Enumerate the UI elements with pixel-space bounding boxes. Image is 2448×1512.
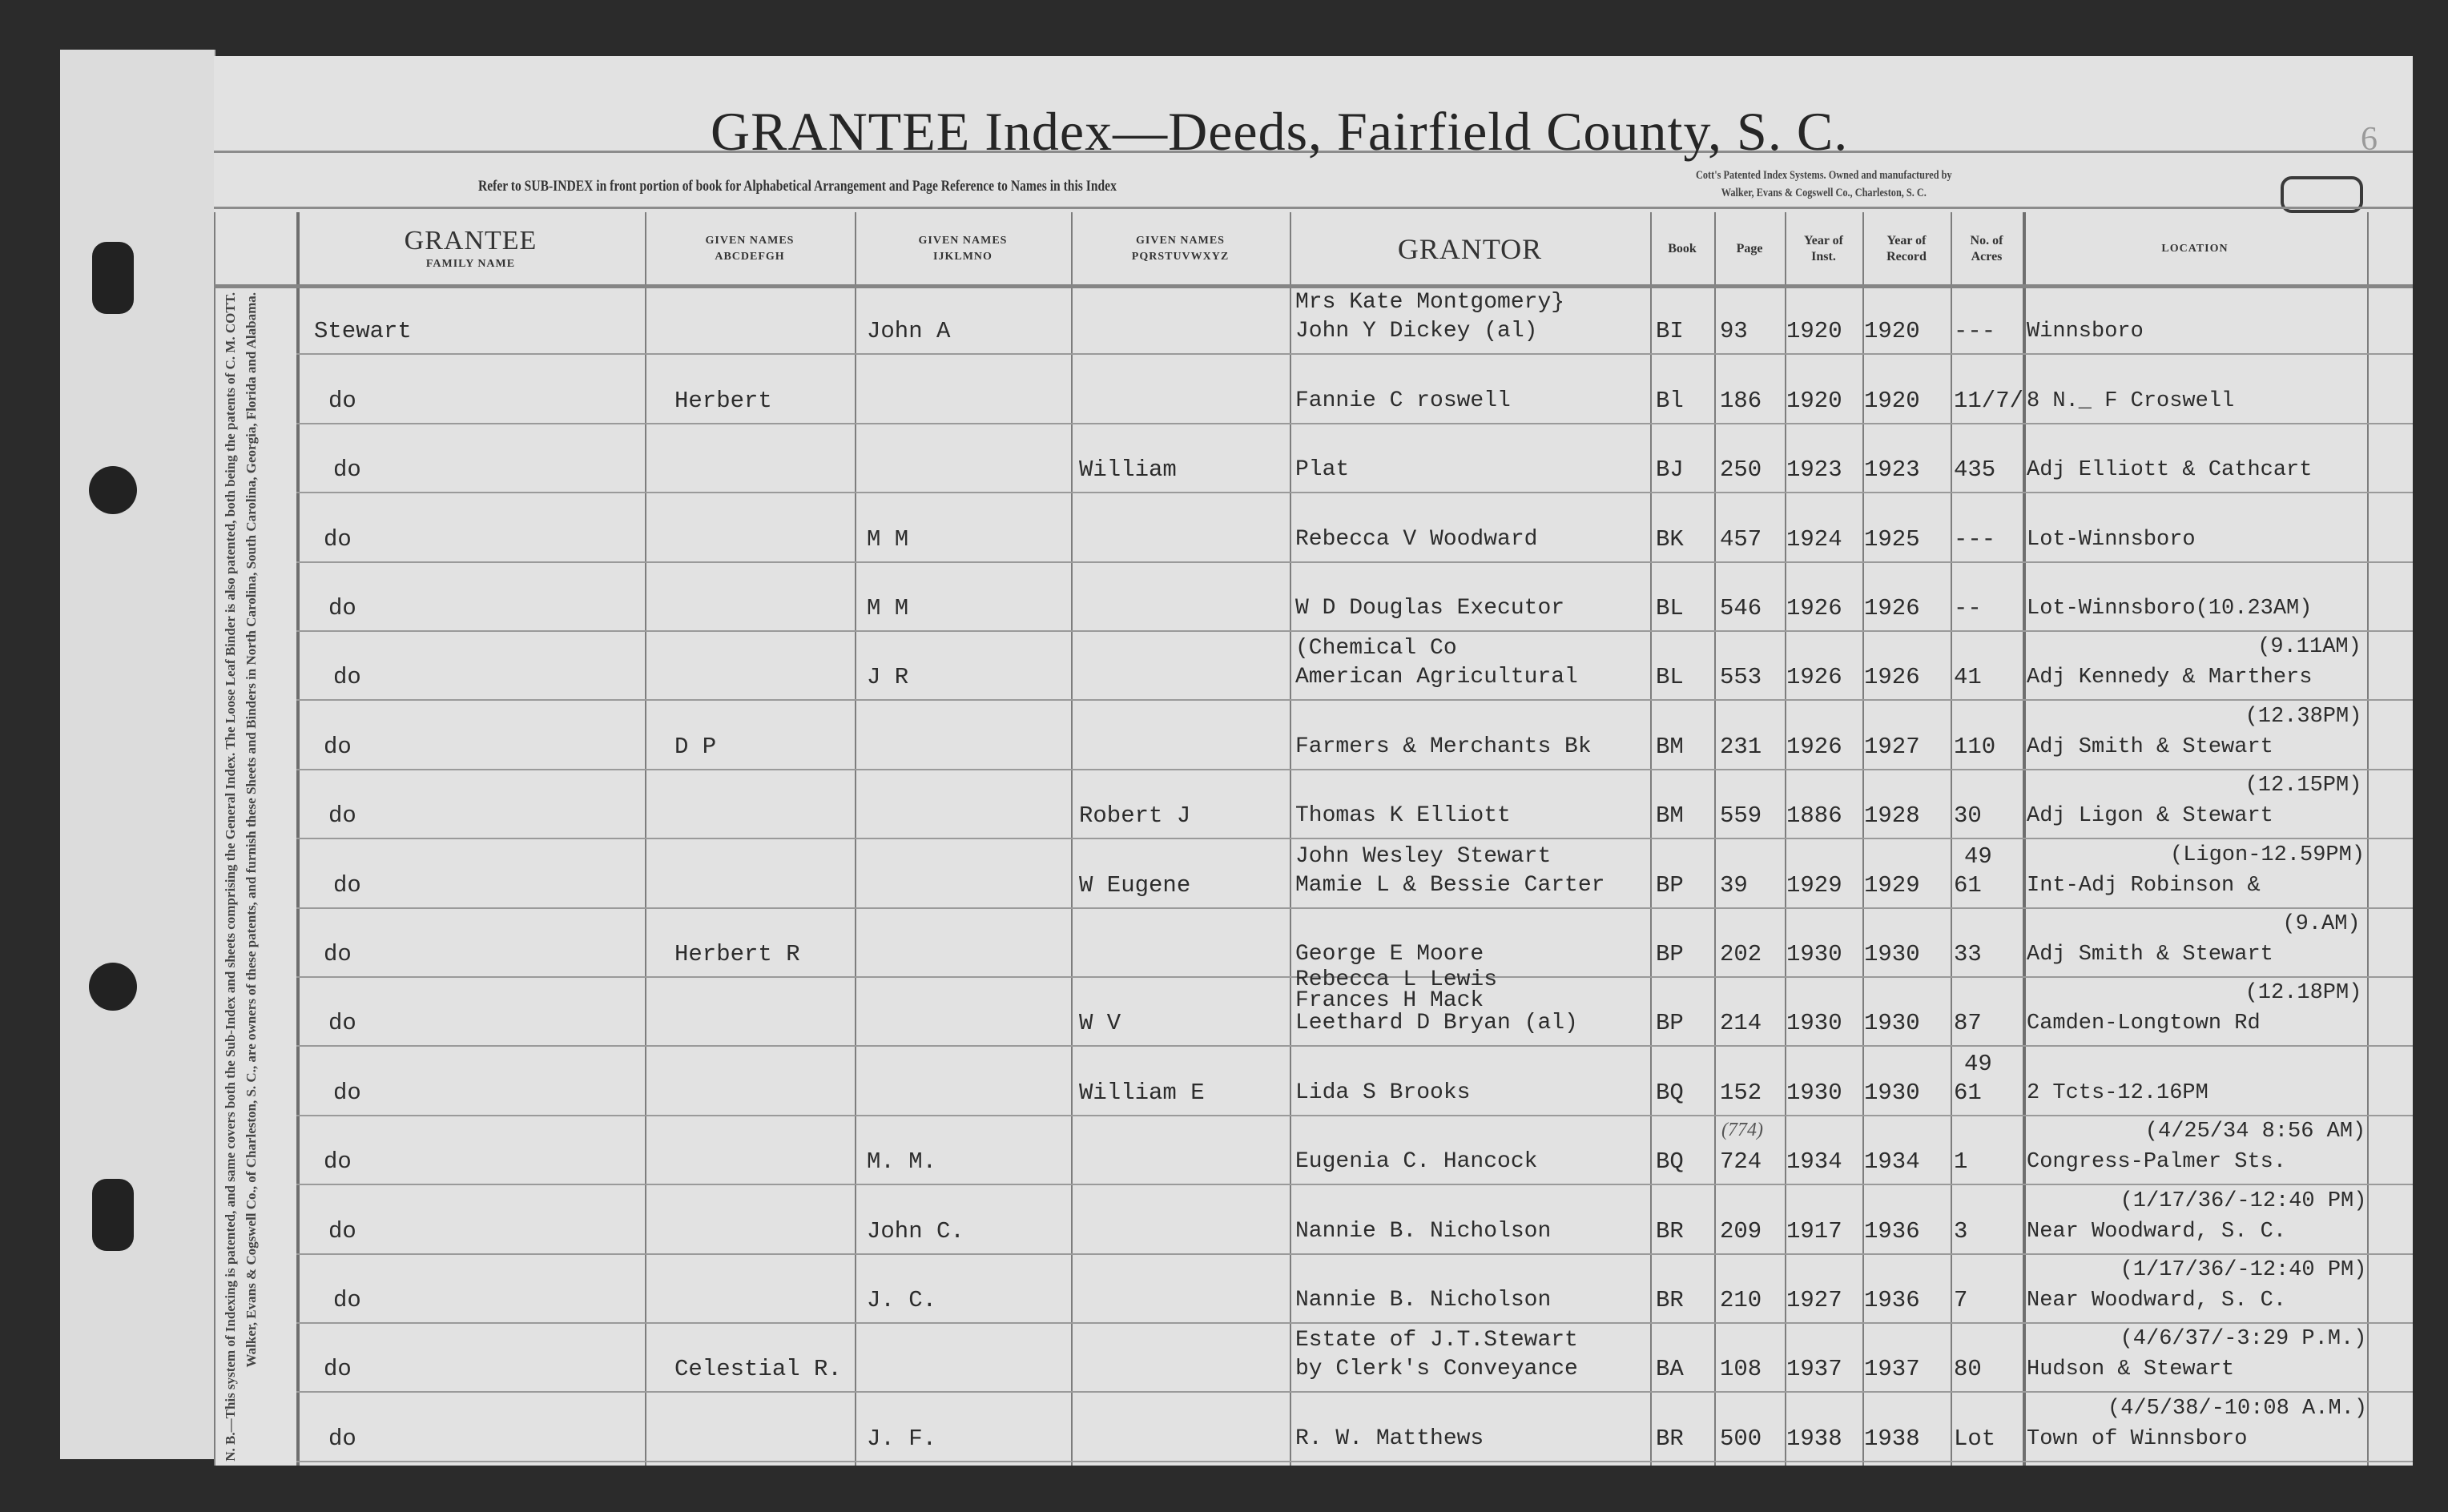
given-name-i-o: John A [867,320,950,344]
location: Adj Kennedy & Marthers [2027,666,2312,690]
acres: -- [1954,597,1982,621]
grantor-name: by Clerk's Conveyance [1295,1357,1578,1381]
acres: 80 [1954,1357,1982,1381]
acres: --- [1954,320,1995,344]
grantor-name: Mamie L & Bessie Carter [1295,874,1604,898]
grantee-family-name: do [333,874,361,898]
grantor-name-line: Estate of J.T.Stewart [1295,1329,1578,1353]
binder-strip [60,50,215,1459]
page-number-cell: 209 [1720,1220,1762,1244]
year-instrument: 1938 [1786,1427,1842,1451]
row-divider [296,353,2413,355]
year-record: 1927 [1864,735,1920,759]
recording-time: (4/6/37/-3:29 P.M.) [2120,1327,2367,1351]
acres: 30 [1954,804,1982,828]
acres: 61 [1954,874,1982,898]
maker-line-2: Walker, Evans & Cogswell Co., Charleston… [1696,184,1952,202]
grantor-name: Farmers & Merchants Bk [1295,735,1592,759]
maker-note: Cott's Patented Index Systems. Owned and… [1696,167,1952,202]
acres: Lot [1954,1427,1995,1451]
header-year-record: Year of Record [1862,212,1951,286]
given-name-p-z: W V [1079,1011,1121,1035]
book-number: BL [1656,666,1684,690]
grantee-family-name: do [328,1427,356,1451]
location: Adj Smith & Stewart [2027,735,2273,759]
location: Near Woodward, S. C. [2027,1220,2286,1244]
acres: 435 [1954,458,1995,482]
year-record: 1920 [1864,389,1920,413]
row-divider [296,1391,2413,1393]
patent-side-note: N. B.—This system of Indexing is patente… [220,292,292,1462]
page-number-cell: 553 [1720,666,1762,690]
header-given-p-z: GIVEN NAMES PQRSTUVWXYZ [1071,212,1290,286]
grantee-index-table: N. B.—This system of Indexing is patente… [214,212,2413,1466]
recording-time: (9.AM) [2282,912,2360,936]
location: Lot-Winnsboro(10.23AM) [2027,597,2312,621]
grantee-family-name: do [328,597,356,621]
grantor-name: American Agricultural [1295,666,1578,690]
page-number-cell: 231 [1720,735,1762,759]
given-name-i-o: J. F. [867,1427,936,1451]
page-number: 6 [2361,120,2378,159]
grantor-name: Plat [1295,458,1349,482]
recording-time: (12.15PM) [2245,774,2362,798]
grantee-family-name: do [328,1220,356,1244]
location: Camden-Longtown Rd [2027,1011,2261,1035]
binder-hole [89,963,137,1011]
book-number: BR [1656,1427,1684,1451]
page-number-cell: 457 [1720,528,1762,552]
book-number: BM [1656,804,1684,828]
book-number: BR [1656,1220,1684,1244]
given-name-i-o: M M [867,597,908,621]
grantee-family-name: Stewart [314,320,412,344]
location: 8 N._ F Croswell [2027,389,2234,413]
grantor-name-line: Frances H Mack [1295,989,1484,1013]
page-number-cell: 202 [1720,943,1762,967]
book-number: BI [1656,320,1684,344]
row-divider [296,699,2413,701]
year-record: 1928 [1864,804,1920,828]
row-divider [296,492,2413,493]
grantor-name-line: John Wesley Stewart [1295,845,1551,869]
year-record: 1929 [1864,874,1920,898]
location: Adj Elliott & Cathcart [2027,458,2312,482]
book-number: BA [1656,1357,1684,1381]
row-divider [296,561,2413,563]
header-location: LOCATION [2023,212,2367,286]
grantor-name: Eugenia C. Hancock [1295,1150,1537,1174]
handwritten-page-correction: (774) [1721,1118,1763,1142]
book-number: BR [1656,1289,1684,1313]
acres: 41 [1954,666,1982,690]
maker-line-1: Cott's Patented Index Systems. Owned and… [1696,167,1952,184]
year-record: 1930 [1864,1011,1920,1035]
row-divider [296,1253,2413,1255]
subtitle-instruction: Refer to SUB-INDEX in front portion of b… [478,178,1117,195]
grantee-family-name: do [333,1289,361,1313]
year-instrument: 1930 [1786,1011,1842,1035]
row-divider [296,1322,2413,1324]
grantor-name-line: (Chemical Co [1295,637,1457,661]
grantor-name: Nannie B. Nicholson [1295,1220,1551,1244]
year-record: 1930 [1864,1081,1920,1105]
grantor-name: George E Moore [1295,943,1484,967]
grantor-name: Lida S Brooks [1295,1081,1470,1105]
grantor-name: Leethard D Bryan (al) [1295,1011,1578,1035]
grantee-family-name: do [333,1081,361,1105]
grantee-family-name: do [333,666,361,690]
binder-hole [89,466,137,514]
acres: 3 [1954,1220,1967,1244]
acres: 7 [1954,1289,1967,1313]
year-record: 1926 [1864,666,1920,690]
recording-time: (1/17/36/-12:40 PM) [2120,1258,2367,1282]
acres: --- [1954,528,1995,552]
location: Congress-Palmer Sts. [2027,1150,2286,1174]
page-number-cell: 214 [1720,1011,1762,1035]
location: Adj Smith & Stewart [2027,943,2273,967]
given-name-a-h: Herbert R [674,943,800,967]
year-instrument: 1930 [1786,1081,1842,1105]
grantor-name: John Y Dickey (al) [1295,320,1537,344]
page-number-cell: 210 [1720,1289,1762,1313]
year-record: 1936 [1864,1289,1920,1313]
year-instrument: 1926 [1786,666,1842,690]
year-record: 1930 [1864,943,1920,967]
grantor-name: Rebecca V Woodward [1295,528,1537,552]
book-number: BP [1656,943,1684,967]
acres: 11/7/ [1954,389,2023,413]
year-instrument: 1934 [1786,1150,1842,1174]
grantee-family-name: do [324,943,352,967]
grantee-family-name: do [333,458,361,482]
grantor-name: Nannie B. Nicholson [1295,1289,1551,1313]
row-divider [296,1045,2413,1047]
year-instrument: 1929 [1786,874,1842,898]
year-instrument: 1926 [1786,597,1842,621]
given-name-i-o: John C. [867,1220,964,1244]
row-divider [296,423,2413,424]
index-sheet: GRANTEE Index—Deeds, Fairfield County, S… [214,56,2413,1466]
page-number-cell: 108 [1720,1357,1762,1381]
book-number: BJ [1656,458,1684,482]
location: Hudson & Stewart [2027,1357,2234,1381]
header-grantor: GRANTOR [1290,212,1650,286]
given-name-i-o: M. M. [867,1150,936,1174]
header-given-a-h: GIVEN NAMES ABCDEFGH [645,212,855,286]
grantee-family-name: do [328,1011,356,1035]
year-record: 1925 [1864,528,1920,552]
location: Lot-Winnsboro [2027,528,2196,552]
year-instrument: 1920 [1786,389,1842,413]
given-name-p-z: Robert J [1079,804,1190,828]
year-record: 1936 [1864,1220,1920,1244]
row-divider [296,1184,2413,1185]
recording-time: (9.11AM) [2257,635,2361,659]
acres: 1 [1954,1150,1967,1174]
header-given-i-o: GIVEN NAMES IJKLMNO [855,212,1071,286]
header-grantee: GRANTEE FAMILY NAME [296,212,645,286]
year-record: 1937 [1864,1357,1920,1381]
given-name-p-z: William E [1079,1081,1205,1105]
acres: 61 [1954,1081,1982,1105]
year-record: 1934 [1864,1150,1920,1174]
year-instrument: 1930 [1786,943,1842,967]
given-name-p-z: W Eugene [1079,874,1190,898]
page-number-cell: 93 [1720,320,1748,344]
year-record: 1920 [1864,320,1920,344]
given-name-a-h: Celestial R. [674,1357,842,1381]
page-number-cell: 546 [1720,597,1762,621]
year-record: 1938 [1864,1427,1920,1451]
year-instrument: 1886 [1786,804,1842,828]
given-name-p-z: William [1079,458,1177,482]
page-title: GRANTEE Index—Deeds, Fairfield County, S… [711,100,1848,163]
acres-upper: 49 [1964,845,1992,869]
book-number: BK [1656,528,1684,552]
book-number: BQ [1656,1150,1684,1174]
given-name-i-o: M M [867,528,908,552]
binder-hole [92,1179,134,1251]
row-divider [296,769,2413,770]
book-number: BM [1656,735,1684,759]
year-instrument: 1924 [1786,528,1842,552]
grantee-family-name: do [324,1357,352,1381]
grantee-family-name: do [324,528,352,552]
acres: 87 [1954,1011,1982,1035]
location: Int-Adj Robinson & [2027,874,2261,898]
header-top-rule [214,207,2413,209]
location: Winnsboro [2027,320,2144,344]
year-record: 1923 [1864,458,1920,482]
book-number: Bl [1656,389,1684,413]
header-book: Book [1650,212,1714,286]
grantee-family-name: do [324,735,352,759]
page-number-cell: 186 [1720,389,1762,413]
grantor-name: W D Douglas Executor [1295,597,1564,621]
grantee-family-name: do [328,389,356,413]
year-instrument: 1926 [1786,735,1842,759]
location: 2 Tcts-12.16PM [2027,1081,2208,1105]
year-instrument: 1923 [1786,458,1842,482]
book-number: BL [1656,597,1684,621]
location: Adj Ligon & Stewart [2027,804,2273,828]
page-number-cell: 250 [1720,458,1762,482]
recording-time: (12.38PM) [2245,705,2362,729]
row-divider [296,1115,2413,1116]
row-divider [296,1461,2413,1462]
grantee-family-name: do [324,1150,352,1174]
given-name-a-h: Herbert [674,389,772,413]
given-name-i-o: J. C. [867,1289,936,1313]
year-instrument: 1927 [1786,1289,1842,1313]
grantor-name: Fannie C roswell [1295,389,1511,413]
row-divider [296,630,2413,632]
acres: 110 [1954,735,1995,759]
binder-hole [92,242,134,314]
header-page: Page [1714,212,1785,286]
recording-time: (1/17/36/-12:40 PM) [2120,1189,2367,1213]
page-number-cell: 39 [1720,874,1748,898]
acres-upper: 49 [1964,1052,1992,1076]
book-number: BP [1656,1011,1684,1035]
row-divider [296,907,2413,909]
row-divider [296,838,2413,839]
year-record: 1926 [1864,597,1920,621]
grantor-name: R. W. Matthews [1295,1427,1484,1451]
header-year-inst: Year of Inst. [1785,212,1862,286]
year-instrument: 1937 [1786,1357,1842,1381]
page-number-cell: 559 [1720,804,1762,828]
location: Town of Winnsboro [2027,1427,2247,1451]
recording-time: (12.18PM) [2245,981,2362,1005]
year-instrument: 1920 [1786,320,1842,344]
acres: 33 [1954,943,1982,967]
page-number-cell: 724 [1720,1150,1762,1174]
header-acres: No. of Acres [1951,212,2023,286]
given-name-i-o: J R [867,666,908,690]
grantee-family-name: do [328,804,356,828]
recording-time: (Ligon-12.59PM) [2170,843,2365,867]
given-name-a-h: D P [674,735,716,759]
page-number-cell: 152 [1720,1081,1762,1105]
grantor-name-line: Mrs Kate Montgomery} [1295,291,1564,315]
location: Near Woodward, S. C. [2027,1289,2286,1313]
page-number-cell: 500 [1720,1427,1762,1451]
grantor-name: Thomas K Elliott [1295,804,1511,828]
year-instrument: 1917 [1786,1220,1842,1244]
recording-time: (4/5/38/-10:08 A.M.) [2108,1397,2367,1421]
book-number: BP [1656,874,1684,898]
recording-time: (4/25/34 8:56 AM) [2145,1120,2365,1144]
book-number: BQ [1656,1081,1684,1105]
